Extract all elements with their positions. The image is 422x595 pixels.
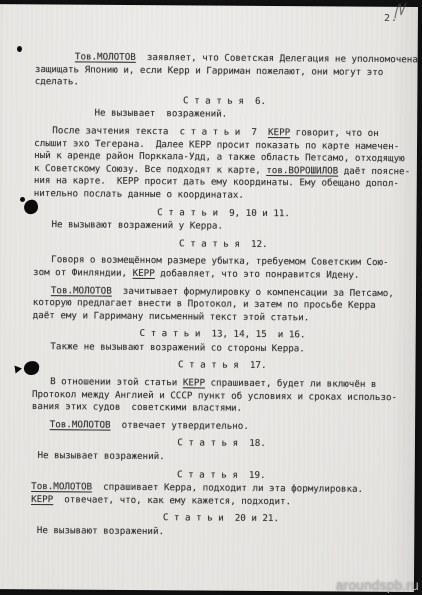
text-segment: к Советскому Союзу. Все подходят к карте… <box>34 163 266 176</box>
text-segment: добавляет, что это понравится Идену. <box>155 268 360 281</box>
doc-line: Не вызывает возражений. <box>31 450 411 466</box>
paragraph: В отношении этой статьи КЕРР спрашивает,… <box>32 376 412 417</box>
handwritten-mark-icon <box>392 1 410 21</box>
response-paragraph: Не вызывает возражений. <box>31 450 411 466</box>
ink-blot <box>17 46 22 52</box>
ink-blot <box>20 197 25 202</box>
paragraph: Тов.МОЛОТОВ заявляет, что Советская Деле… <box>35 51 415 92</box>
text-segment: С т а т ь я 19. <box>177 469 266 481</box>
speaker-name: тов.ВОРОШИЛОВ <box>266 165 338 177</box>
text-segment: заявляет, что Советская Делегация не упо… <box>136 52 418 65</box>
doc-line: Также не вызывают возражений со стороны … <box>32 341 412 357</box>
text-segment: С т а т ь и 20 и 21. <box>163 513 279 525</box>
text-segment: спрашивает, будет ли включён в <box>205 378 377 390</box>
text-segment: зом от Финляндии, <box>33 267 133 279</box>
speaker-name: КЕРР <box>268 127 290 138</box>
doc-line: Не вызывают возражений у Керра. <box>33 219 413 235</box>
text-segment: зачитывает формулировку о компенсации за… <box>112 285 394 298</box>
doc-line: С т а т ь я 12. <box>33 237 413 253</box>
scanned-document-page: 2. Тов.МОЛОТОВ заявляет, что Советская Д… <box>0 0 422 595</box>
text-segment: В отношении этой статьи <box>50 376 183 388</box>
text-segment: даёт ему и Гарриману письменный текст эт… <box>33 310 310 323</box>
text-segment: С т а т ь и 13, 14, 15 и 16. <box>140 328 306 340</box>
text-segment: После зачтения текста с т а т ь и 7 <box>52 125 268 138</box>
paragraph: Тов.МОЛОТОВ отвечает утвердительно. <box>32 419 412 435</box>
doc-line: С т а т ь я 17. <box>32 358 412 374</box>
speaker-name: Тов.МОЛОТОВ <box>50 419 111 431</box>
doc-line: Не вызывает возражений. <box>34 107 414 123</box>
speaker-name: Тов.МОЛОТОВ <box>75 51 136 63</box>
text-segment: спрашивает Керра, подходит ли эта формул… <box>92 482 363 495</box>
response-paragraph: Не вызывают возражений у Керра. <box>33 219 413 235</box>
text-segment: даёт поясне- <box>338 165 410 177</box>
text-segment: нительно послать данные о координатах. <box>34 188 244 201</box>
text-segment: Не вызывает возражений. <box>37 450 164 462</box>
text-segment: Не вызывает возражений. <box>94 108 227 120</box>
response-paragraph: Также не вызывают возражений со стороны … <box>32 341 412 357</box>
text-segment: вания этих судов советскими властями. <box>32 401 242 414</box>
paragraph: После зачтения текста с т а т ь и 7 КЕРР… <box>34 125 415 204</box>
speaker-name: КЕРР <box>133 268 155 279</box>
article-heading: С т а т ь я 12. <box>33 237 413 253</box>
article-heading: С т а т ь я 17. <box>32 358 412 374</box>
text-segment: Не вызывают возражений у Керра. <box>51 219 223 231</box>
text-segment: которую предлагает внести в Протокол, и … <box>33 297 376 311</box>
text-segment: сделать. <box>35 76 79 87</box>
watermark: aroundspb.ru <box>336 578 419 593</box>
speaker-name: КЕРР <box>31 494 53 505</box>
text-segment: С т а т ь и 9, 10 и 11. <box>157 207 290 219</box>
speaker-name: КЕРР <box>183 377 205 388</box>
doc-line: Тов.МОЛОТОВ отвечает утвердительно. <box>32 419 412 435</box>
response-paragraph: Тов.МОЛОТОВ спрашивает Керра, подходит л… <box>31 481 411 510</box>
text-segment: С т а т ь я 18. <box>177 438 266 450</box>
text-segment: Протокол между Англией и СССР пункт об у… <box>32 389 397 403</box>
doc-line: зом от Финляндии, КЕРР добавляет, что эт… <box>33 267 413 283</box>
text-segment: отвечает, что, как ему кажется, подходит… <box>53 494 291 507</box>
paragraph: Говоря о возмещённом размере убытка, тре… <box>33 254 413 283</box>
speaker-name: Тов.МОЛОТОВ <box>31 481 92 493</box>
text-segment: говорит, что он <box>290 127 379 139</box>
text-segment: защищать Японию и, если Керр и Гарриман … <box>35 64 384 78</box>
ink-blot <box>14 365 22 374</box>
text-segment: ния на карте. КЕРР просит дать ему коорд… <box>34 175 399 189</box>
paragraph: Тов.МОЛОТОВ зачитывает формулировку о ко… <box>33 284 413 325</box>
text-segment: С т а т ь я 12. <box>179 238 268 250</box>
text-segment: С т а т ь я 6. <box>183 95 266 107</box>
response-paragraph: Не вызывает возражений. <box>34 107 414 123</box>
text-segment: Также не вызывают возражений со стороны … <box>50 341 305 354</box>
speaker-name: Тов.МОЛОТОВ <box>51 285 112 297</box>
document-body: Тов.МОЛОТОВ заявляет, что Советская Деле… <box>31 51 415 541</box>
text-segment: Говоря о возмещённом размере убытка, тре… <box>51 254 389 268</box>
text-segment: Не вызывают возражений. <box>37 525 164 537</box>
text-segment: С т а т ь я 17. <box>178 360 267 372</box>
text-segment: отвечает утвердительно. <box>111 420 249 432</box>
